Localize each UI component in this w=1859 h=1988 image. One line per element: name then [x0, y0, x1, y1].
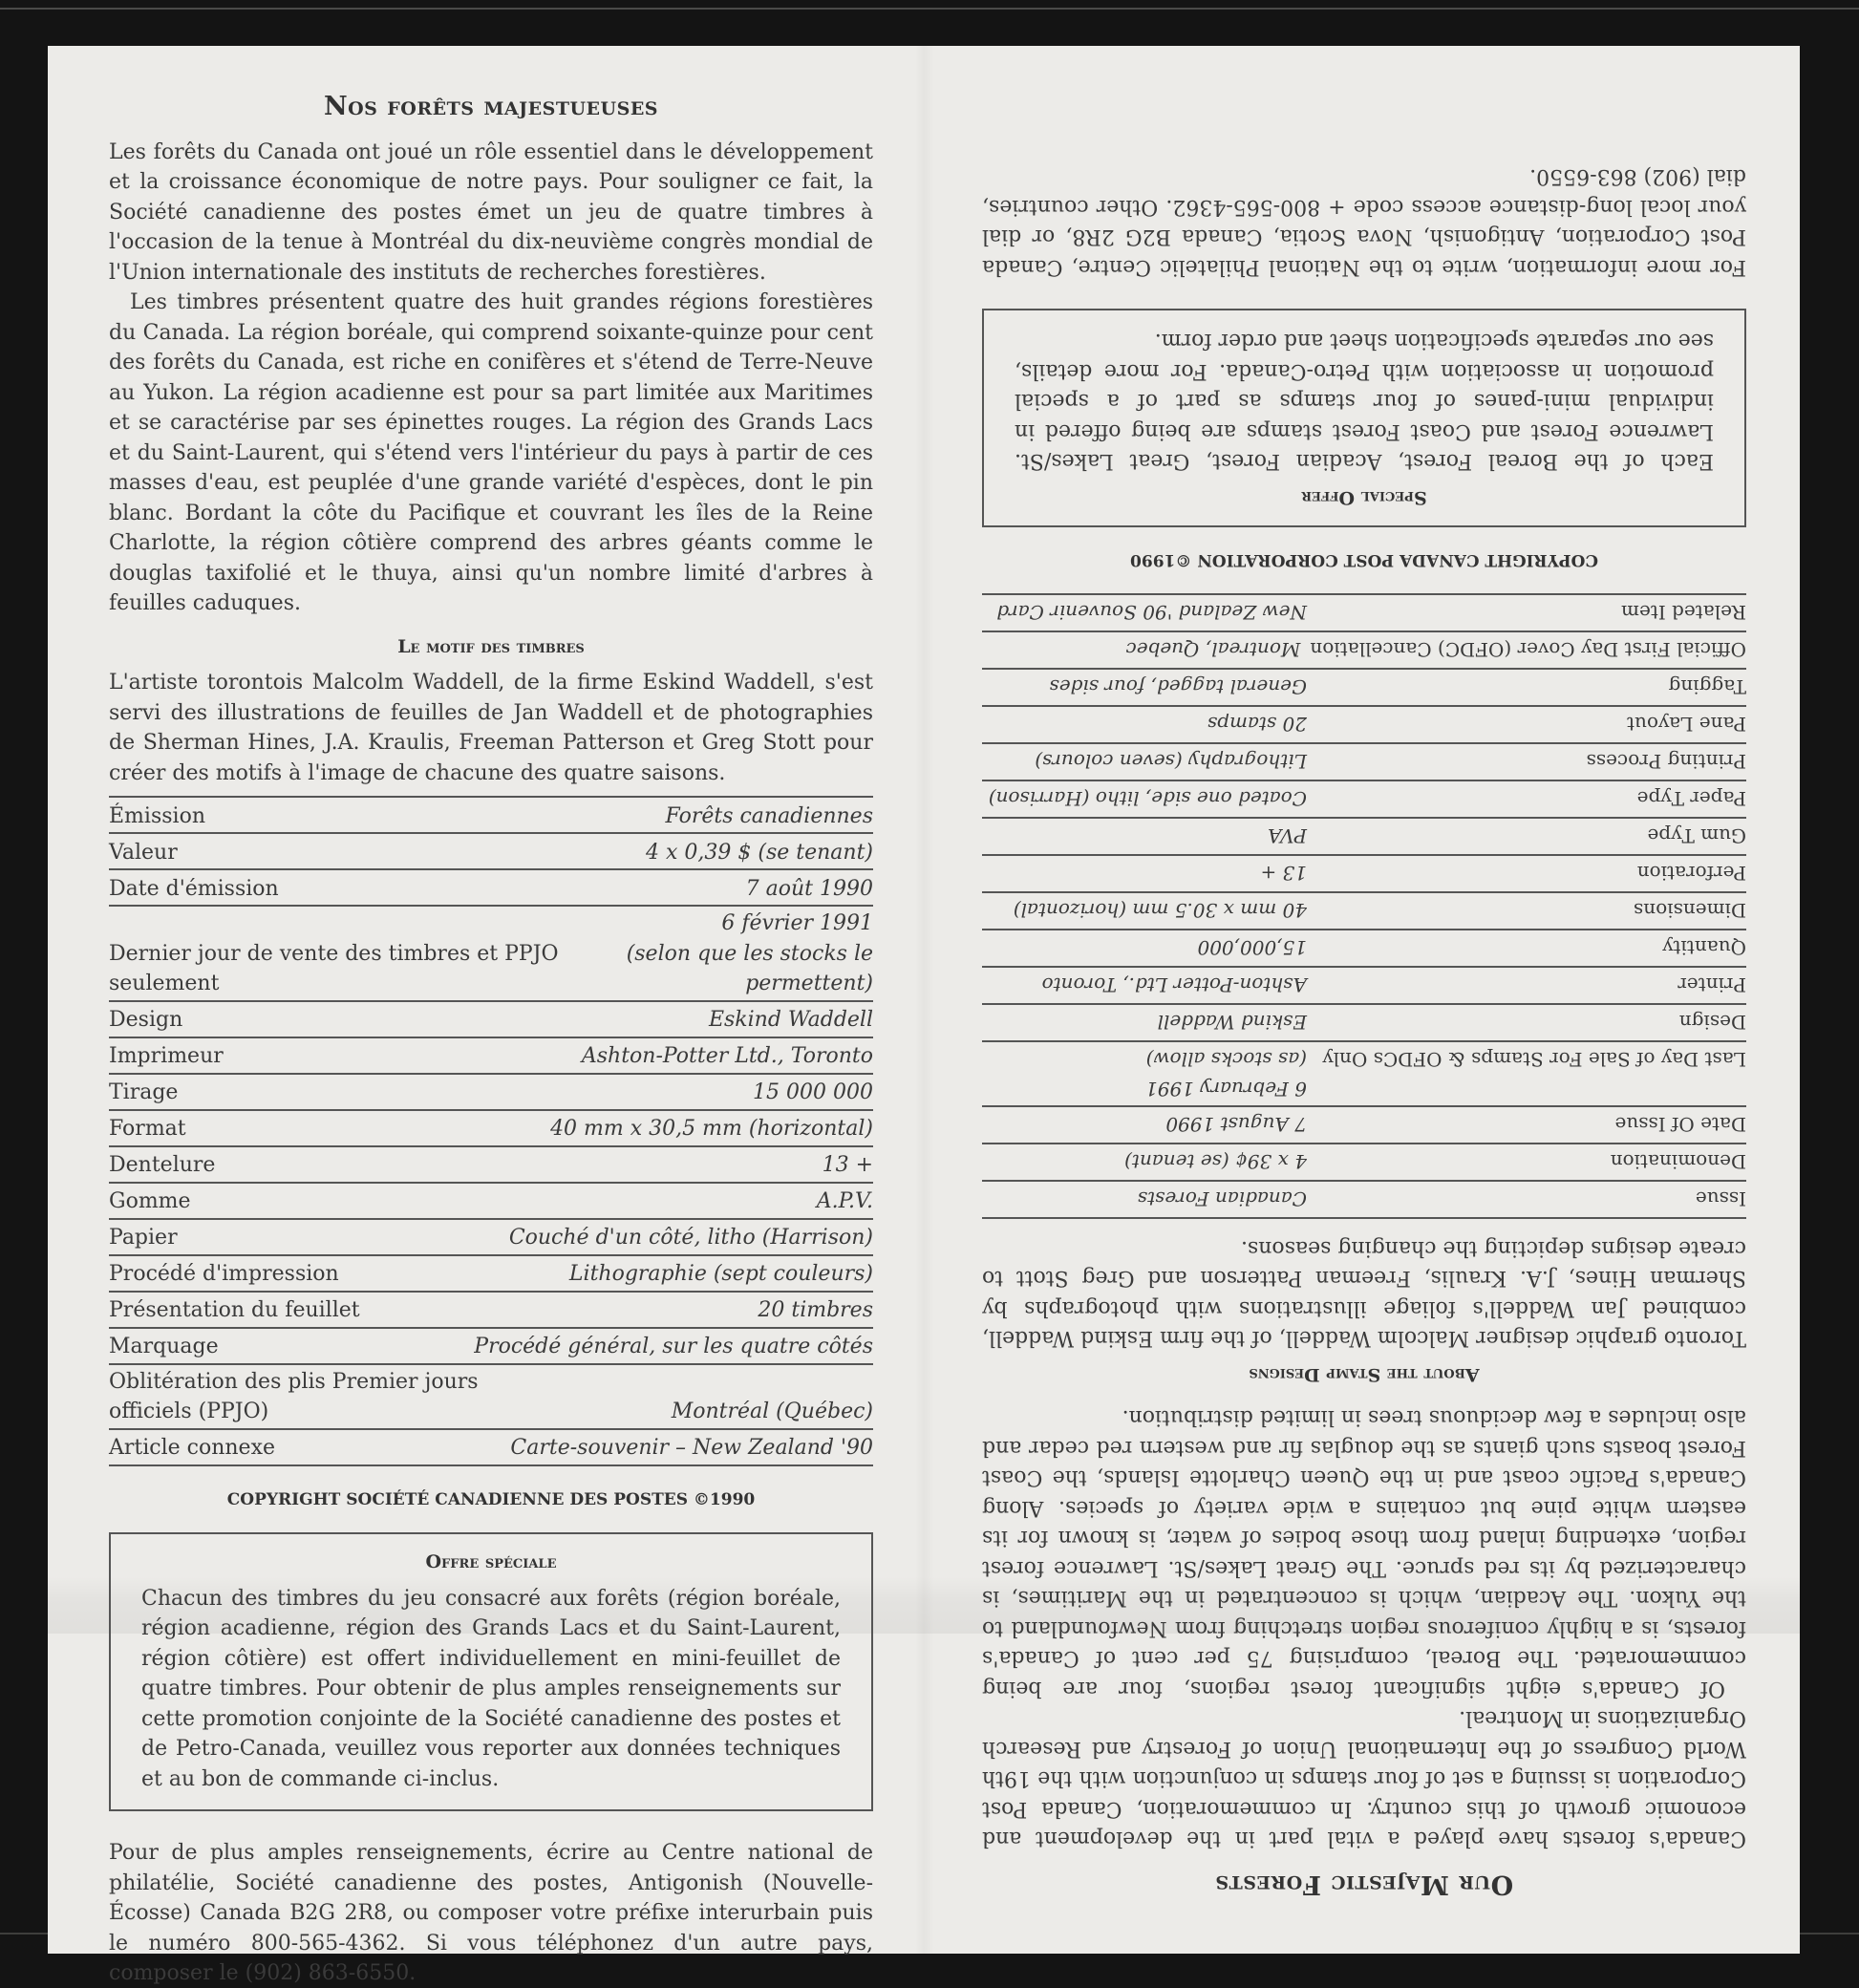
- spec-label: Procédé d'impression: [109, 1259, 339, 1290]
- spec-value-text: Canadian Forests: [982, 1184, 1307, 1214]
- spec-value-text: Forêts canadiennes: [205, 802, 873, 832]
- spec-value-text: 6 février 1991: [567, 908, 873, 939]
- spec-label: Denomination: [1611, 1146, 1746, 1177]
- spec-row: MarquageProcédé général, sur les quatre …: [109, 1329, 873, 1365]
- english-offer-text: Each of the Boreal Forest, Acadian Fores…: [1015, 326, 1714, 477]
- spec-value-note: (selon que les stocks le permettent): [567, 939, 873, 999]
- french-spec-table: ÉmissionForêts canadiennesValeur4 x 0,39…: [109, 796, 873, 1466]
- spec-row: Dentelure13 +: [109, 1147, 873, 1184]
- spec-label: Tagging: [1669, 672, 1746, 702]
- spec-value: Montréal (Québec): [567, 1397, 873, 1427]
- spec-value-text: Carte-souvenir – New Zealand '90: [275, 1433, 873, 1464]
- french-intro-paragraph: Les timbres présentent quatre des huit g…: [109, 288, 873, 619]
- spec-row: GommeA.P.V.: [109, 1184, 873, 1220]
- english-special-offer-box: Special Offer Each of the Boreal Forest,…: [982, 309, 1746, 527]
- spec-row: Procédé d'impressionLithographie (sept c…: [109, 1256, 873, 1293]
- spec-value: PVA: [982, 821, 1316, 851]
- spec-row: Official First Day Cover (OFDC) Cancella…: [982, 631, 1746, 669]
- spec-label: Printing Process: [1587, 746, 1746, 777]
- spec-value: 20 timbres: [360, 1295, 873, 1326]
- french-offer-text: Chacun des timbres du jeu consacré aux f…: [141, 1584, 841, 1795]
- french-offer-heading: Offre spéciale: [141, 1548, 841, 1578]
- spec-value: 7 août 1990: [279, 874, 873, 905]
- french-title: Nos forêts majestueuses: [109, 92, 873, 122]
- spec-value-text: Eskind Waddell: [982, 1007, 1307, 1037]
- spec-row: Dernier jour de vente des timbres et PPJ…: [109, 907, 873, 1002]
- spec-row: PapierCouché d'un côté, litho (Harrison): [109, 1220, 873, 1256]
- spec-value: Montreal, Quebec: [975, 634, 1310, 665]
- french-intro-paragraph: Les forêts du Canada ont joué un rôle es…: [109, 138, 873, 289]
- spec-value: Lithography (seven colours): [982, 746, 1316, 777]
- spec-value-text: 7 August 1990: [982, 1109, 1307, 1140]
- spec-value-text: Montréal (Québec): [567, 1397, 873, 1427]
- spec-label: Design: [109, 1005, 182, 1036]
- spec-value-text: 40 mm x 30,5 mm (horizontal): [186, 1114, 873, 1144]
- english-column-upside-down: Our Majestic Forests Canada's forests ha…: [982, 92, 1746, 1907]
- spec-value: Procédé général, sur les quatre côtés: [219, 1332, 873, 1362]
- english-design-heading: About the Stamp Designs: [982, 1359, 1746, 1390]
- spec-row: Paper TypeCoated one side, litho (Harris…: [982, 780, 1746, 818]
- english-contact-info: For more information, write to the Natio…: [982, 161, 1746, 282]
- spec-label: Issue: [1696, 1184, 1746, 1214]
- spec-value-text: 4 x 39¢ (se tenant): [982, 1146, 1307, 1177]
- spec-value: Ashton-Potter Ltd., Toronto: [224, 1041, 873, 1072]
- english-spec-table: IssueCanadian ForestsDenomination4 x 39¢…: [982, 594, 1746, 1220]
- spec-label: Official First Day Cover (OFDC) Cancella…: [1310, 634, 1746, 665]
- spec-row: Date Of Issue7 August 1990: [982, 1106, 1746, 1144]
- spec-row: DesignEskind Waddell: [982, 1004, 1746, 1041]
- spec-row: Date d'émission7 août 1990: [109, 870, 873, 907]
- spec-row: Oblitération des plis Premier jours offi…: [109, 1365, 873, 1430]
- spec-value: Canadian Forests: [982, 1184, 1316, 1214]
- spec-value: 15 000 000: [178, 1078, 873, 1108]
- french-special-offer-box: Offre spéciale Chacun des timbres du jeu…: [109, 1532, 873, 1811]
- spec-row: Denomination4 x 39¢ (se tenant): [982, 1144, 1746, 1181]
- spec-value-text: Eskind Waddell: [182, 1005, 873, 1036]
- spec-label: Format: [109, 1114, 186, 1144]
- spec-row: Dimensions40 mm x 30.5 mm (horizontal): [982, 892, 1746, 930]
- spec-value-text: 20 stamps: [982, 709, 1307, 739]
- spec-value: 7 August 1990: [982, 1109, 1316, 1140]
- spec-value: 6 February 1991(as stocks allow): [982, 1044, 1316, 1104]
- spec-value-text: 15,000,000: [982, 932, 1307, 963]
- spec-value: 4 x 39¢ (se tenant): [982, 1146, 1316, 1177]
- spec-label: Design: [1679, 1007, 1746, 1037]
- spec-label: Dimensions: [1634, 895, 1746, 926]
- spec-row: Pane Layout20 stamps: [982, 706, 1746, 743]
- spec-value-text: Lithography (seven colours): [982, 746, 1307, 777]
- french-design-heading: Le motif des timbres: [109, 632, 873, 663]
- spec-value-text: Couché d'un côté, litho (Harrison): [178, 1223, 873, 1253]
- leaflet-page: Nos forêts majestueuses Les forêts du Ca…: [48, 46, 1800, 1954]
- spec-value-text: 15 000 000: [178, 1078, 873, 1108]
- spec-value: 40 mm x 30,5 mm (horizontal): [186, 1114, 873, 1144]
- spec-value: Carte-souvenir – New Zealand '90: [275, 1433, 873, 1464]
- spec-value: Forêts canadiennes: [205, 802, 873, 832]
- spec-value-text: Ashton-Potter Ltd., Toronto: [224, 1041, 873, 1072]
- spec-value-text: New Zealand '90 Souvenir Card: [982, 597, 1307, 628]
- spec-label: Présentation du feuillet: [109, 1295, 360, 1326]
- spec-row: Printing ProcessLithography (seven colou…: [982, 743, 1746, 780]
- french-copyright: COPYRIGHT SOCIÉTÉ CANADIENNE DES POSTES …: [109, 1486, 873, 1516]
- spec-row: TaggingGeneral tagged, four sides: [982, 669, 1746, 706]
- spec-value-text: Montreal, Quebec: [975, 634, 1300, 665]
- spec-row: Related ItemNew Zealand '90 Souvenir Car…: [982, 594, 1746, 631]
- spec-value-text: 13 +: [982, 858, 1307, 888]
- spec-value-text: PVA: [982, 821, 1307, 851]
- spec-row: IssueCanadian Forests: [982, 1181, 1746, 1218]
- spec-value: Lithographie (sept couleurs): [339, 1259, 873, 1290]
- spec-label: Date Of Issue: [1615, 1109, 1747, 1140]
- spec-row: Valeur4 x 0,39 $ (se tenant): [109, 834, 873, 870]
- english-offer-heading: Special Offer: [1015, 482, 1714, 513]
- spec-label: Oblitération des plis Premier jours offi…: [109, 1367, 567, 1427]
- spec-value-text: General tagged, four sides: [982, 672, 1307, 702]
- spec-value: General tagged, four sides: [982, 672, 1316, 702]
- spec-value: Couché d'un côté, litho (Harrison): [178, 1223, 873, 1253]
- spec-value: 40 mm x 30.5 mm (horizontal): [982, 895, 1316, 926]
- spec-row: Présentation du feuillet20 timbres: [109, 1293, 873, 1329]
- spec-value: 20 stamps: [982, 709, 1316, 739]
- english-copyright: COPYRIGHT CANADA POST CORPORATION ©1990: [982, 545, 1746, 575]
- spec-value: A.P.V.: [191, 1186, 873, 1217]
- spec-label: Émission: [109, 802, 205, 832]
- spec-value-text: Lithographie (sept couleurs): [339, 1259, 873, 1290]
- english-design-paragraph: Toronto graphic designer Malcolm Waddell…: [982, 1233, 1746, 1354]
- spec-label: Paper Type: [1637, 783, 1746, 814]
- spec-value: Coated one side, litho (Harrison): [982, 783, 1316, 814]
- spec-value-text: 13 +: [215, 1150, 873, 1181]
- spec-value-text: 4 x 0,39 $ (se tenant): [178, 838, 873, 868]
- spec-label: Last Day of Sale For Stamps & OFDCs Only: [1322, 1044, 1746, 1075]
- spec-value-text: 20 timbres: [360, 1295, 873, 1326]
- english-intro-paragraph: Of Canada's eight significant forest reg…: [982, 1402, 1746, 1703]
- english-title: Our Majestic Forests: [982, 1870, 1746, 1900]
- spec-value: 6 février 1991(selon que les stocks le p…: [567, 908, 873, 999]
- spec-label: Dernier jour de vente des timbres et PPJ…: [109, 939, 567, 999]
- spec-row: Quantity15,000,000: [982, 930, 1746, 967]
- spec-row: Tirage15 000 000: [109, 1075, 873, 1111]
- scanner-frame-edge: [0, 8, 1859, 10]
- spec-label: Gomme: [109, 1186, 191, 1217]
- spec-label: Gum Type: [1648, 821, 1746, 851]
- spec-label: Quantity: [1662, 932, 1746, 963]
- spec-value: Ashton-Potter Ltd., Toronto: [982, 970, 1316, 1000]
- spec-value: New Zealand '90 Souvenir Card: [982, 597, 1316, 628]
- french-design-paragraph: L'artiste torontois Malcolm Waddell, de …: [109, 668, 873, 788]
- spec-value: 4 x 0,39 $ (se tenant): [178, 838, 873, 868]
- spec-value-note: (as stocks allow): [982, 1044, 1307, 1075]
- spec-label: Marquage: [109, 1332, 219, 1362]
- spec-value: 13 +: [982, 858, 1316, 888]
- spec-row: PrinterAshton-Potter Ltd., Toronto: [982, 967, 1746, 1004]
- spec-value: 13 +: [215, 1150, 873, 1181]
- spec-label: Date d'émission: [109, 874, 279, 905]
- spec-label: Tirage: [109, 1078, 178, 1108]
- spec-label: Valeur: [109, 838, 178, 868]
- spec-value-text: Procédé général, sur les quatre côtés: [219, 1332, 873, 1362]
- spec-value-text: 7 août 1990: [279, 874, 873, 905]
- spec-value-text: Ashton-Potter Ltd., Toronto: [982, 970, 1307, 1000]
- spec-row: ÉmissionForêts canadiennes: [109, 798, 873, 834]
- spec-label: Related Item: [1621, 597, 1746, 628]
- spec-value: Eskind Waddell: [982, 1007, 1316, 1037]
- spec-row: Last Day of Sale For Stamps & OFDCs Only…: [982, 1041, 1746, 1106]
- spec-label: Pane Layout: [1627, 709, 1746, 739]
- spec-row: Format40 mm x 30,5 mm (horizontal): [109, 1111, 873, 1147]
- spec-row: Perforation13 +: [982, 855, 1746, 892]
- spec-value: 15,000,000: [982, 932, 1316, 963]
- spec-label: Printer: [1677, 970, 1746, 1000]
- spec-value-text: A.P.V.: [191, 1186, 873, 1217]
- spec-value-text: 6 February 1991: [982, 1074, 1307, 1104]
- english-intro-paragraph: Canada's forests have played a vital par…: [982, 1703, 1746, 1854]
- french-column: Nos forêts majestueuses Les forêts du Ca…: [109, 84, 873, 1988]
- spec-label: Perforation: [1637, 858, 1746, 888]
- spec-value: Eskind Waddell: [182, 1005, 873, 1036]
- spec-row: Article connexeCarte-souvenir – New Zeal…: [109, 1430, 873, 1466]
- spec-label: Dentelure: [109, 1150, 215, 1181]
- spec-label: Article connexe: [109, 1433, 275, 1464]
- spec-row: ImprimeurAshton-Potter Ltd., Toronto: [109, 1038, 873, 1075]
- spec-row: DesignEskind Waddell: [109, 1002, 873, 1038]
- spec-label: Imprimeur: [109, 1041, 224, 1072]
- spec-value-text: 40 mm x 30.5 mm (horizontal): [982, 895, 1307, 926]
- spec-row: Gum TypePVA: [982, 818, 1746, 855]
- spec-label: Papier: [109, 1223, 178, 1253]
- spec-value-text: Coated one side, litho (Harrison): [982, 783, 1307, 814]
- french-contact-info: Pour de plus amples renseignements, écri…: [109, 1838, 873, 1988]
